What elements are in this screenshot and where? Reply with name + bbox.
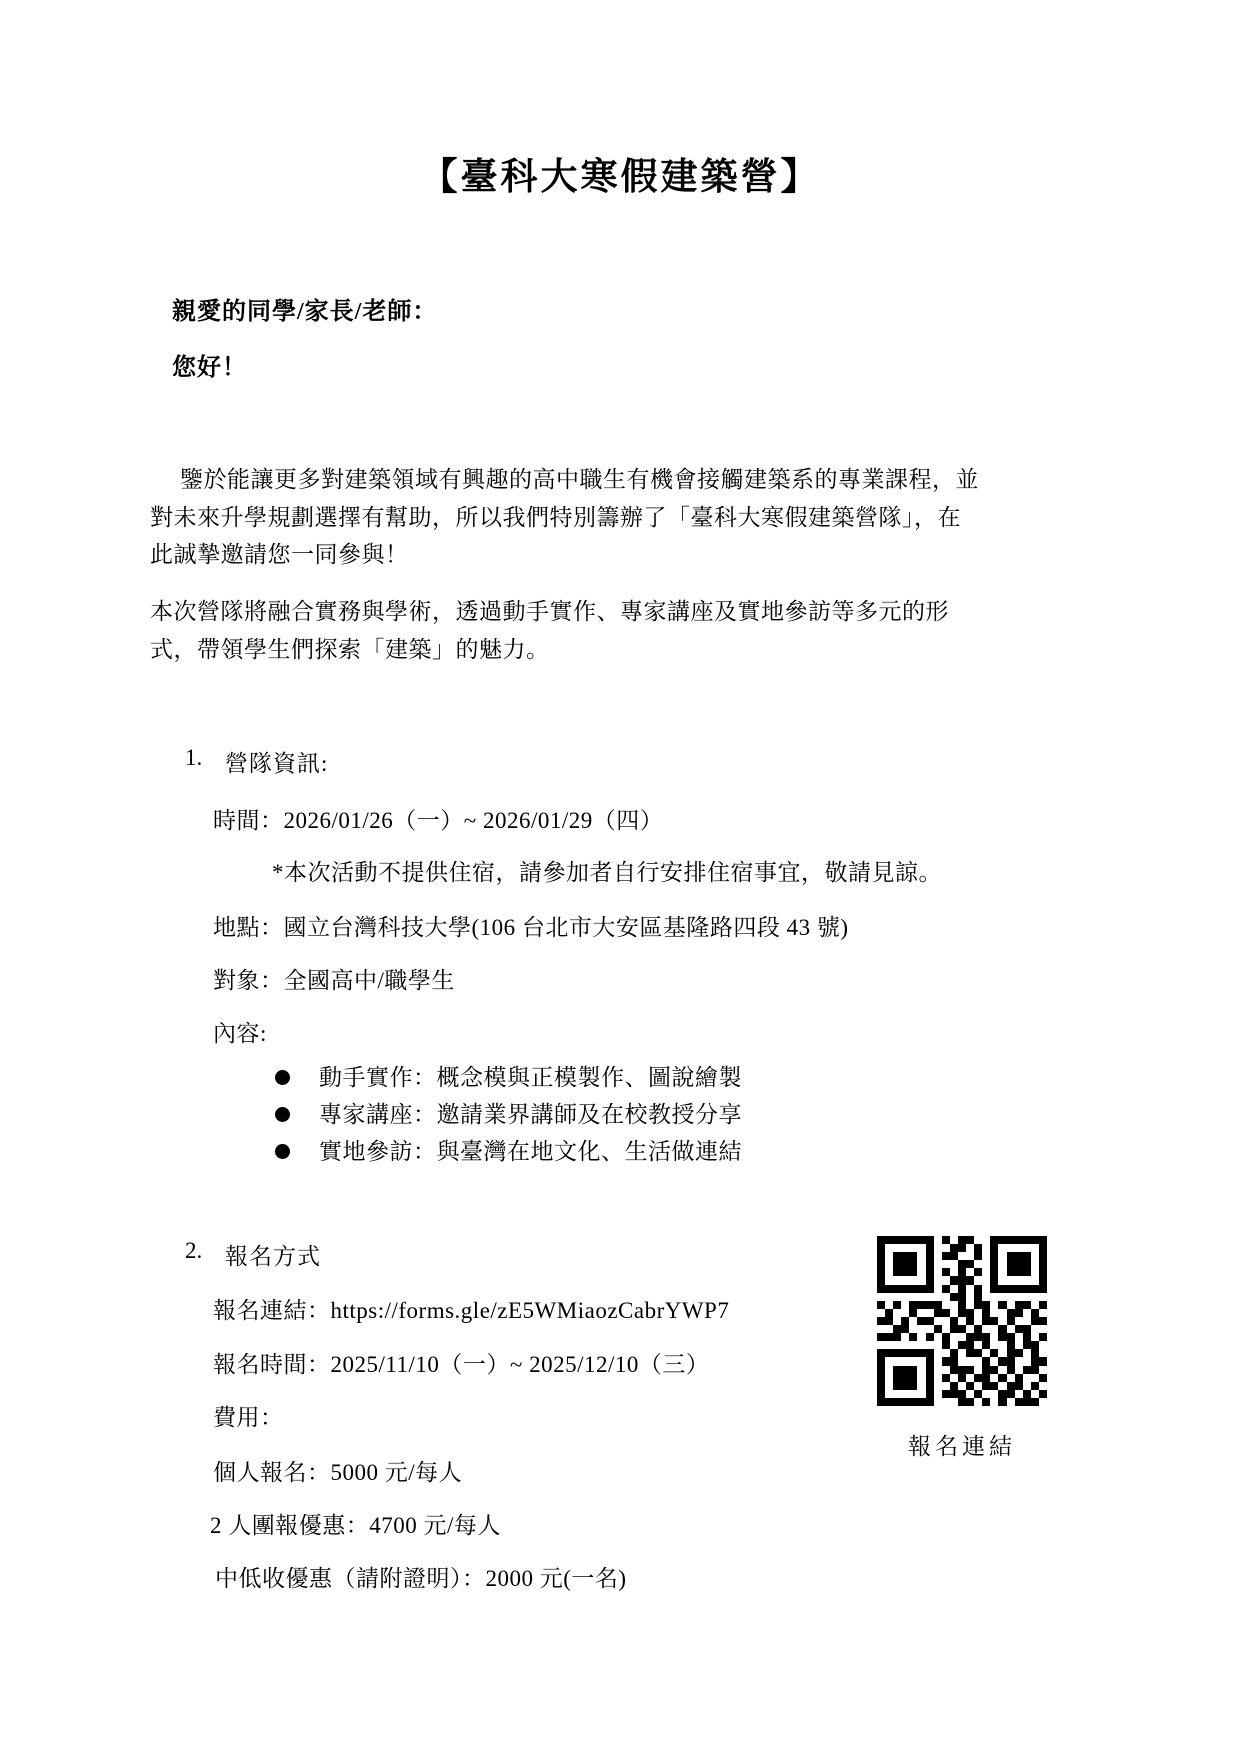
intro-paragraph: 鑒於能讓更多對建築領域有興趣的高中職生有機會接觸建築系的專業課程，並 對未來升學… (150, 461, 950, 574)
camp-location-line: 地點：國立台灣科技大學(106 台北市大安區基隆路四段 43 號) (213, 909, 849, 942)
camp-note-line: *本次活動不提供住宿，請參加者自行安排住宿事宜，敬請見諒。 (272, 854, 942, 887)
fee-individual-line: 個人報名：5000 元/每人 (213, 1454, 462, 1487)
camp-time-line: 時間：2026/01/26（一）~ 2026/01/29（四） (213, 802, 663, 835)
section2-heading: 報名方式 (225, 1238, 321, 1271)
paragraph-line: 此誠摯邀請您一同參與！ (150, 536, 950, 574)
list-item-label: 動手實作：概念模與正模製作、圖說繪製 (319, 1062, 742, 1093)
paragraph-line: 本次營隊將融合實務與學術，透過動手實作、專家講座及實地參訪等多元的形 (150, 593, 950, 631)
page-title: 【臺科大寒假建築營】 (0, 146, 1241, 200)
body-paragraph: 本次營隊將融合實務與學術，透過動手實作、專家講座及實地參訪等多元的形 式，帶領學… (150, 593, 950, 668)
camp-content-label: 內容: (213, 1015, 267, 1048)
fee-lowincome-line: 中低收優惠（請附證明）：2000 元(一名) (215, 1560, 627, 1593)
paragraph-line: 鑒於能讓更多對建築領域有興趣的高中職生有機會接觸建築系的專業課程，並 (150, 461, 950, 499)
section1-number: 1. (185, 745, 202, 771)
document-page: 【臺科大寒假建築營】 親愛的同學/家長/老師： 您好！ 鑒於能讓更多對建築領域有… (0, 0, 1241, 1755)
paragraph-line: 式，帶領學生們探索「建築」的魅力。 (150, 631, 950, 669)
signup-time-line: 報名時間：2025/11/10（一）~ 2025/12/10（三） (213, 1346, 709, 1379)
list-item: 實地參訪：與臺灣在地文化、生活做連結 (275, 1136, 742, 1167)
paragraph-line: 對未來升學規劃選擇有幫助，所以我們特別籌辦了「臺科大寒假建築營隊」，在 (150, 499, 950, 537)
signup-fee-label: 費用： (213, 1399, 284, 1432)
list-item: 動手實作：概念模與正模製作、圖說繪製 (275, 1062, 742, 1093)
list-item-label: 實地參訪：與臺灣在地文化、生活做連結 (319, 1136, 742, 1167)
section2-number: 2. (185, 1238, 202, 1264)
section1-heading: 營隊資訊: (225, 745, 328, 778)
list-item: 專家講座：邀請業界講師及在校教授分享 (275, 1099, 742, 1130)
greeting-line: 親愛的同學/家長/老師： (172, 291, 437, 326)
qr-code-image (877, 1236, 1047, 1406)
camp-audience-line: 對象：全國高中/職學生 (213, 962, 455, 995)
bullet-icon (275, 1144, 290, 1159)
hello-line: 您好！ (172, 347, 247, 382)
qr-caption: 報名連結 (877, 1428, 1047, 1461)
list-item-label: 專家講座：邀請業界講師及在校教授分享 (319, 1099, 742, 1130)
signup-link-line: 報名連結：https://forms.gle/zE5WMiaozCabrYWP7 (213, 1292, 729, 1325)
bullet-icon (275, 1107, 290, 1122)
fee-group-line: 2 人團報優惠：4700 元/每人 (210, 1507, 501, 1540)
bullet-icon (275, 1070, 290, 1085)
